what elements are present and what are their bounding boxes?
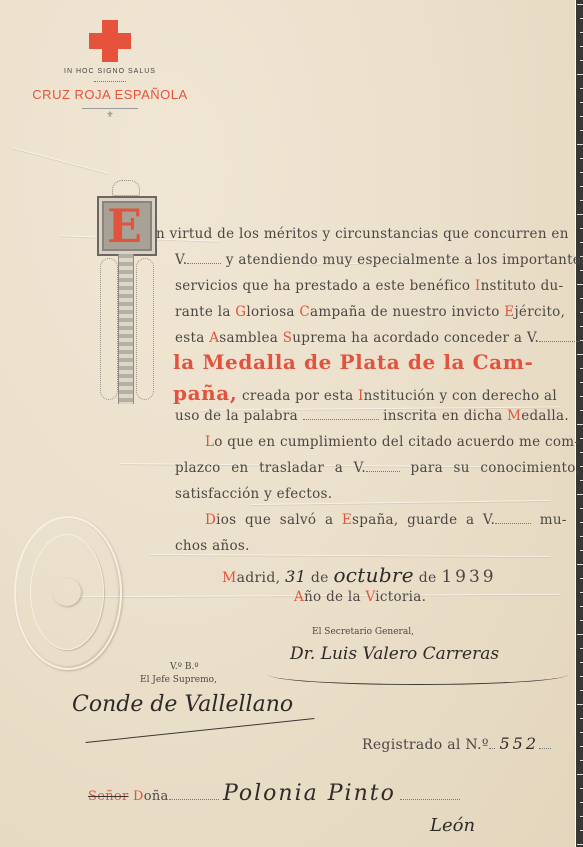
ornament-icon: ⚜ xyxy=(28,110,192,119)
recipient-city: León xyxy=(430,815,475,836)
text-span: uso de la palabra xyxy=(175,408,298,424)
ornament-border xyxy=(118,254,134,404)
text-span: C xyxy=(299,304,310,320)
text-span: de xyxy=(419,570,437,586)
fill-in-blank xyxy=(366,461,400,472)
text-line: Lo que en cumplimiento del citado acuerd… xyxy=(205,434,583,450)
text-line: uso de la palabra inscrita en dicha Meda… xyxy=(175,408,575,424)
text-line: servicios que ha prestado a este benéfic… xyxy=(175,278,575,294)
motto-text: IN HOC SIGNO SALUS xyxy=(28,68,192,75)
text-line: satisfacción y efectos. xyxy=(175,486,575,502)
text-span: V. xyxy=(175,252,187,268)
registration-number: 552 xyxy=(499,734,539,753)
red-cross-letterhead: IN HOC SIGNO SALUS CRUZ ROJA ESPAÑOLA ⚜ xyxy=(28,20,192,119)
text-span: edalla. xyxy=(521,408,569,424)
text-span: servicios que ha prestado a este benéfic… xyxy=(175,278,475,294)
text-span: loriosa xyxy=(246,304,299,320)
red-cross-icon xyxy=(89,20,131,62)
text-span: A xyxy=(209,330,219,346)
ornament-icon xyxy=(136,258,154,400)
text-line: esta Asamblea Suprema ha acordado conced… xyxy=(175,330,575,346)
text-line: rante la Gloriosa Campaña de nuestro inv… xyxy=(175,304,575,320)
ornament-icon xyxy=(100,258,118,400)
illuminated-initial: E xyxy=(97,196,157,256)
text-line: n virtud de los méritos y circunstancias… xyxy=(156,226,556,242)
text-span: oña xyxy=(144,789,169,804)
text-span: ampaña de nuestro invicto xyxy=(310,304,504,320)
approval-label: V.º B.º xyxy=(170,662,199,672)
fill-in-blank xyxy=(539,738,551,749)
ruler-tick xyxy=(577,634,583,635)
text-span: V xyxy=(365,589,375,605)
text-span: para su conocimiento, xyxy=(400,460,580,476)
recipient-line: Señor Doña Polonia Pinto xyxy=(88,781,488,806)
text-span: jército, xyxy=(514,304,565,320)
text-line: Dios que salvó a España, guarde a V. mu- xyxy=(205,512,583,528)
text-span: ictoria. xyxy=(375,589,426,605)
text-line: plazco en trasladar a V. para su conocim… xyxy=(175,460,575,476)
ornament-icon xyxy=(112,180,140,196)
ruler-tick xyxy=(577,424,583,425)
text-span: creada por esta xyxy=(237,388,358,404)
text-span: satisfacción y efectos. xyxy=(175,486,332,502)
chief-label: El Jefe Supremo, xyxy=(140,675,217,685)
chief-signature: Conde de Vallellano xyxy=(72,692,293,717)
ruler-tick xyxy=(577,774,583,775)
medal-title: la Medalla de Plata de la Cam- xyxy=(173,350,533,374)
divider xyxy=(82,108,138,109)
text-line: V. y atendiendo muy especialmente a los … xyxy=(175,252,575,268)
text-span: adrid, xyxy=(237,570,281,586)
recipient-name: Polonia Pinto xyxy=(223,781,396,806)
text-span: nstituto du- xyxy=(481,278,564,294)
text-span: ios que salvó a xyxy=(216,512,342,528)
text-span: rante la xyxy=(175,304,235,320)
ruler-tick xyxy=(577,74,583,75)
text-span: S xyxy=(283,330,293,346)
embossed-seal xyxy=(14,516,122,670)
text-span: samblea xyxy=(219,330,282,346)
text-span: mu- xyxy=(531,512,567,528)
fill-in-blank xyxy=(187,253,221,264)
text-span: D xyxy=(133,789,144,804)
text-span: nstitución y con derecho al xyxy=(364,388,557,404)
text-span: M xyxy=(222,570,237,586)
registration-line: Registrado al N.º 552 xyxy=(362,734,583,753)
text-span: y atendiendo muy especialmente a los imp… xyxy=(221,252,583,268)
secretary-label: El Secretario General, xyxy=(312,627,414,637)
year: 1939 xyxy=(441,567,496,587)
text-span: esta xyxy=(175,330,209,346)
divider xyxy=(94,81,126,83)
text-span: Registrado al N.º xyxy=(362,737,489,753)
organization-name: CRUZ ROJA ESPAÑOLA xyxy=(28,87,192,102)
scale-ruler xyxy=(575,0,583,847)
text-span: chos años. xyxy=(175,538,250,554)
text-span: o que en cumplimiento del citado acuerdo… xyxy=(214,434,579,450)
text-span: ño de la xyxy=(304,589,365,605)
cross-icon xyxy=(53,578,81,606)
date-line: Madrid, 31 de octubre de 1939 xyxy=(222,563,583,587)
text-line: paña, creada por esta Institución y con … xyxy=(173,381,557,405)
text-span: n virtud de los méritos y circunstancias… xyxy=(156,226,569,242)
text-span: de xyxy=(311,570,329,586)
secretary-signature: Dr. Luis Valero Carreras xyxy=(290,644,499,664)
ruler-tick xyxy=(577,4,583,5)
ruler-tick xyxy=(577,844,583,845)
text-span: G xyxy=(235,304,246,320)
text-span: D xyxy=(205,512,216,528)
ruler-tick xyxy=(577,354,583,355)
text-span: paña, xyxy=(173,381,237,405)
handwritten-month: octubre xyxy=(333,563,413,587)
text-span: plazco en trasladar a V. xyxy=(175,460,366,476)
handwritten-day: 31 xyxy=(285,567,306,586)
fill-in-blank xyxy=(169,789,219,800)
text-span: M xyxy=(507,408,521,424)
ruler-tick xyxy=(577,704,583,705)
text-span: inscrita en dicha xyxy=(383,408,507,424)
text-span: E xyxy=(504,304,514,320)
text-span: uprema ha acordado conceder a V. xyxy=(292,330,539,346)
struck-title: Señor xyxy=(88,789,129,804)
signature-flourish xyxy=(268,664,568,685)
text-span: spaña, guarde a V. xyxy=(352,512,495,528)
fill-in-blank xyxy=(400,789,460,800)
fill-in-blank xyxy=(303,409,379,420)
ruler-tick xyxy=(577,144,583,145)
text-span: E xyxy=(107,200,142,252)
text-span: E xyxy=(342,512,352,528)
fill-in-blank xyxy=(489,738,495,749)
ruler-tick xyxy=(577,214,583,215)
text-span: A xyxy=(294,589,304,605)
victory-year-line: Año de la Victoria. xyxy=(294,589,583,605)
fill-in-blank xyxy=(539,331,579,342)
text-span: L xyxy=(205,434,214,450)
text-line: chos años. xyxy=(175,538,575,554)
ruler-tick xyxy=(577,494,583,495)
fill-in-blank xyxy=(495,513,531,524)
ruler-tick xyxy=(577,284,583,285)
